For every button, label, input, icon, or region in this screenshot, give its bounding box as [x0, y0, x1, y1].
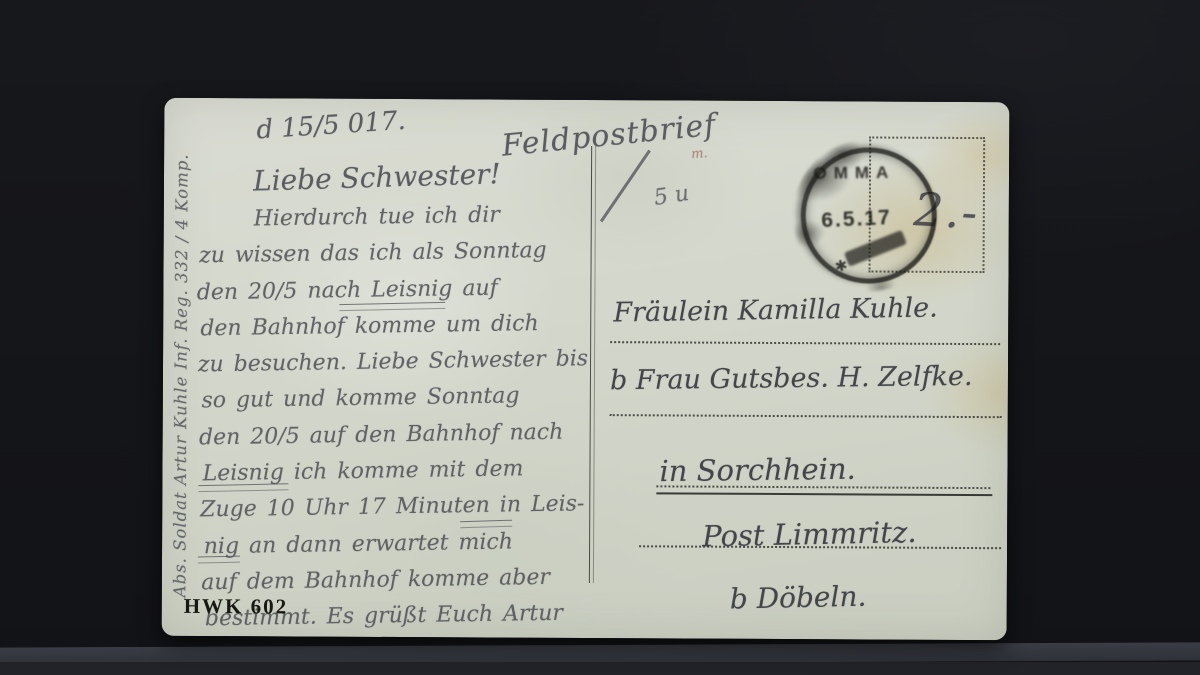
address-dotted-line	[656, 485, 990, 489]
photo-background: d 15/5 017. Feldpostbrief Liebe Schweste…	[0, 0, 1200, 675]
address-line-name: Fräulein Kamilla Kuhle.	[613, 292, 938, 328]
message-line: Zuge 10 Uhr 17 Minuten in Leis-	[200, 486, 621, 529]
address-line-care-of: b Frau Gutsbes. H. Zelfke.	[610, 361, 973, 396]
address-line-place: in Sorchhein.	[659, 452, 856, 488]
greeting-line: Liebe Schwester!	[253, 157, 502, 197]
sender-line-vertical: Abs. Soldat Artur Kuhle Inf. Reg. 332 / …	[170, 115, 192, 635]
underline-mark	[198, 556, 240, 564]
postcard: d 15/5 017. Feldpostbrief Liebe Schweste…	[162, 98, 1010, 640]
pencil-note: 5 u	[652, 181, 691, 211]
handwritten-date: d 15/5 017.	[255, 106, 406, 146]
message-line: den 20/5 auf den Bahnhof nach	[199, 414, 620, 457]
address-dotted-line	[610, 414, 1002, 418]
message-line: zu besuchen. Liebe Schwester bis	[198, 341, 619, 384]
address-line-district: b Döbeln.	[729, 580, 866, 616]
message-body: Hierdurch tue ich dir zu wissen das ich …	[195, 196, 622, 638]
table-shadow-band	[0, 662, 1200, 675]
address-dotted-line	[610, 341, 1000, 345]
postmark-stamp: OMMA 6.5.17 ✱	[790, 137, 947, 294]
card-type-label: Feldpostbrief	[500, 108, 718, 164]
faint-red-mark: m.	[691, 146, 709, 162]
printer-mark: HWK 602	[184, 594, 289, 620]
address-solid-line	[656, 492, 992, 496]
